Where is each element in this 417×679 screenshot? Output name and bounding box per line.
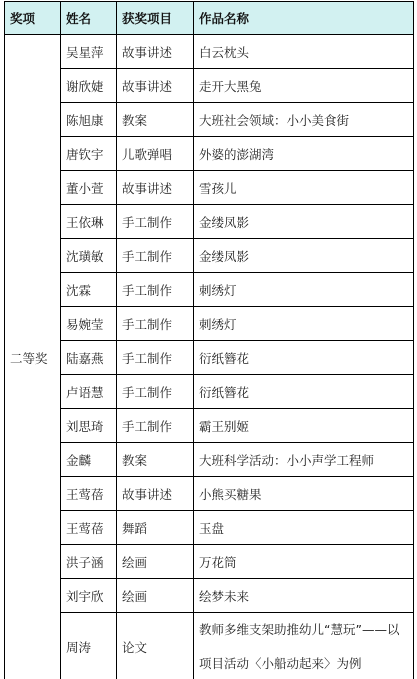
table-row: 沈璜敏 手工制作 金缕凤影 bbox=[5, 239, 414, 273]
table-row: 唐钦宇 儿歌弹唱 外婆的澎湖湾 bbox=[5, 137, 414, 171]
category-cell: 教案 bbox=[117, 103, 194, 137]
table-row: 周涛 论文 教师多维支架助推幼儿“慧玩”——以 项目活动〈小船动起来〉为例 bbox=[5, 613, 414, 679]
table-row: 刘思琦 手工制作 霸王别姬 bbox=[5, 409, 414, 443]
category-cell: 故事讲述 bbox=[117, 477, 194, 511]
name-cell: 刘思琦 bbox=[61, 409, 117, 443]
category-cell: 故事讲述 bbox=[117, 35, 194, 69]
table-row: 王莺蓓 故事讲述 小熊买糖果 bbox=[5, 477, 414, 511]
work-cell: 刺绣灯 bbox=[194, 307, 414, 341]
work-cell: 刺绣灯 bbox=[194, 273, 414, 307]
category-cell: 教案 bbox=[117, 443, 194, 477]
table-row: 卢语慧 手工制作 衍纸簪花 bbox=[5, 375, 414, 409]
table-row: 陆嘉燕 手工制作 衍纸簪花 bbox=[5, 341, 414, 375]
work-cell: 衍纸簪花 bbox=[194, 375, 414, 409]
name-cell: 谢欣婕 bbox=[61, 69, 117, 103]
name-cell: 唐钦宇 bbox=[61, 137, 117, 171]
work-cell: 玉盘 bbox=[194, 511, 414, 545]
name-cell: 陆嘉燕 bbox=[61, 341, 117, 375]
category-cell: 手工制作 bbox=[117, 307, 194, 341]
category-cell: 论文 bbox=[117, 613, 194, 679]
category-cell: 儿歌弹唱 bbox=[117, 137, 194, 171]
work-cell: 走开大黑兔 bbox=[194, 69, 414, 103]
category-cell: 手工制作 bbox=[117, 205, 194, 239]
award-level-cell: 二等奖 bbox=[5, 35, 61, 679]
table-row: 二等奖 吴星萍 故事讲述 白云枕头 bbox=[5, 35, 414, 69]
name-cell: 王依琳 bbox=[61, 205, 117, 239]
work-cell: 霸王别姬 bbox=[194, 409, 414, 443]
work-cell: 金缕凤影 bbox=[194, 239, 414, 273]
category-cell: 手工制作 bbox=[117, 239, 194, 273]
table-row: 董小萱 故事讲述 雪孩儿 bbox=[5, 171, 414, 205]
category-cell: 故事讲述 bbox=[117, 171, 194, 205]
name-cell: 易婉莹 bbox=[61, 307, 117, 341]
category-cell: 手工制作 bbox=[117, 341, 194, 375]
category-cell: 故事讲述 bbox=[117, 69, 194, 103]
category-cell: 舞蹈 bbox=[117, 511, 194, 545]
name-cell: 洪子涵 bbox=[61, 545, 117, 579]
work-cell: 大班社会领域：小小美食街 bbox=[194, 103, 414, 137]
category-cell: 手工制作 bbox=[117, 375, 194, 409]
table-row: 刘宇欣 绘画 绘梦未来 bbox=[5, 579, 414, 613]
header-name: 姓名 bbox=[61, 2, 117, 35]
table-row: 陈旭康 教案 大班社会领域：小小美食街 bbox=[5, 103, 414, 137]
work-cell: 万花筒 bbox=[194, 545, 414, 579]
name-cell: 金麟 bbox=[61, 443, 117, 477]
name-cell: 刘宇欣 bbox=[61, 579, 117, 613]
category-cell: 绘画 bbox=[117, 545, 194, 579]
work-cell: 白云枕头 bbox=[194, 35, 414, 69]
work-cell: 教师多维支架助推幼儿“慧玩”——以 项目活动〈小船动起来〉为例 bbox=[194, 613, 414, 679]
work-cell: 衍纸簪花 bbox=[194, 341, 414, 375]
work-cell: 外婆的澎湖湾 bbox=[194, 137, 414, 171]
table-row: 沈霖 手工制作 刺绣灯 bbox=[5, 273, 414, 307]
name-cell: 吴星萍 bbox=[61, 35, 117, 69]
name-cell: 沈霖 bbox=[61, 273, 117, 307]
name-cell: 王莺蓓 bbox=[61, 511, 117, 545]
table-row: 洪子涵 绘画 万花筒 bbox=[5, 545, 414, 579]
header-row: 奖项 姓名 获奖项目 作品名称 bbox=[5, 2, 414, 35]
work-cell: 大班科学活动：小小声学工程师 bbox=[194, 443, 414, 477]
work-cell: 雪孩儿 bbox=[194, 171, 414, 205]
header-category: 获奖项目 bbox=[117, 2, 194, 35]
name-cell: 王莺蓓 bbox=[61, 477, 117, 511]
table-row: 谢欣婕 故事讲述 走开大黑兔 bbox=[5, 69, 414, 103]
name-cell: 卢语慧 bbox=[61, 375, 117, 409]
name-cell: 沈璜敏 bbox=[61, 239, 117, 273]
work-cell: 小熊买糖果 bbox=[194, 477, 414, 511]
table-row: 王依琳 手工制作 金缕凤影 bbox=[5, 205, 414, 239]
work-line-1: 教师多维支架助推幼儿“慧玩”——以 bbox=[199, 613, 408, 647]
work-cell: 绘梦未来 bbox=[194, 579, 414, 613]
awards-table: 奖项 姓名 获奖项目 作品名称 二等奖 吴星萍 故事讲述 白云枕头 谢欣婕 故事… bbox=[4, 1, 414, 679]
category-cell: 手工制作 bbox=[117, 409, 194, 443]
work-cell: 金缕凤影 bbox=[194, 205, 414, 239]
table-row: 王莺蓓 舞蹈 玉盘 bbox=[5, 511, 414, 545]
category-cell: 手工制作 bbox=[117, 273, 194, 307]
work-line-2: 项目活动〈小船动起来〉为例 bbox=[199, 647, 408, 679]
name-cell: 董小萱 bbox=[61, 171, 117, 205]
table-row: 易婉莹 手工制作 刺绣灯 bbox=[5, 307, 414, 341]
header-award: 奖项 bbox=[5, 2, 61, 35]
header-work: 作品名称 bbox=[194, 2, 414, 35]
name-cell: 陈旭康 bbox=[61, 103, 117, 137]
name-cell: 周涛 bbox=[61, 613, 117, 679]
table-row: 金麟 教案 大班科学活动：小小声学工程师 bbox=[5, 443, 414, 477]
category-cell: 绘画 bbox=[117, 579, 194, 613]
